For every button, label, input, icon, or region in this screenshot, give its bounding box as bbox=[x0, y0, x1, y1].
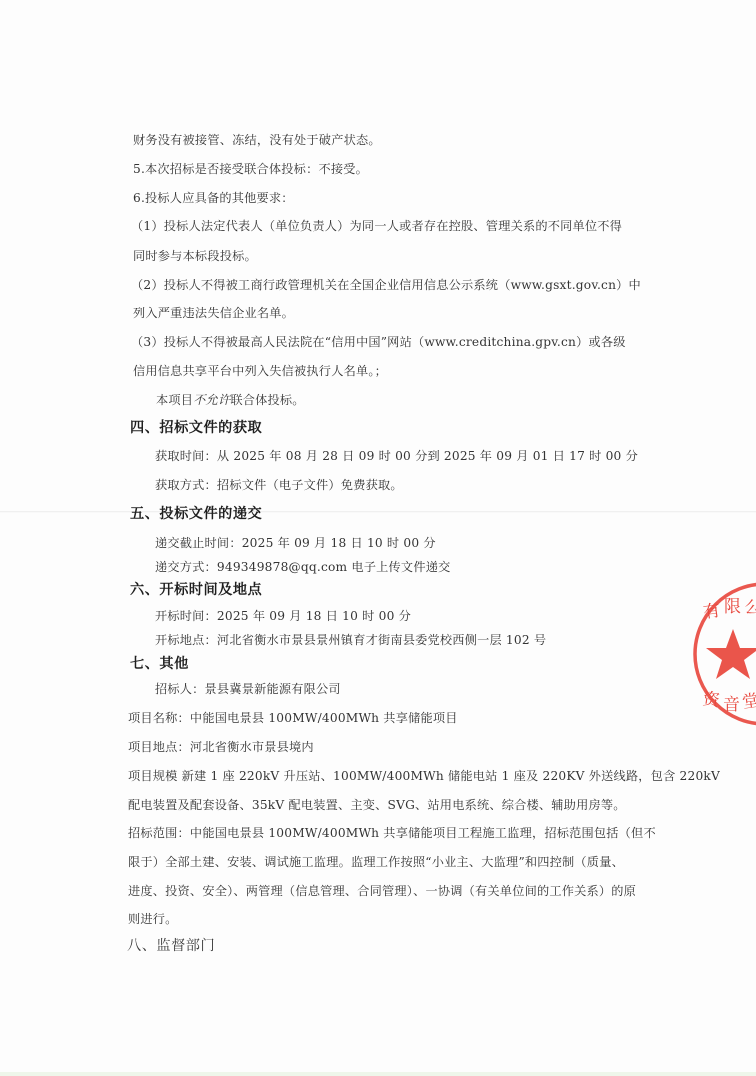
paragraph-line: 列入严重违法失信企业名单。 bbox=[133, 305, 294, 321]
opening-time: 开标时间：2025 年 09 月 18 日 10 时 00 分 bbox=[155, 608, 411, 624]
section-heading-6: 六、开标时间及地点 bbox=[130, 581, 262, 599]
svg-text:公: 公 bbox=[743, 597, 756, 619]
section-heading-4: 四、招标文件的获取 bbox=[130, 419, 262, 437]
svg-text:音: 音 bbox=[723, 695, 740, 715]
opening-place: 开标地点：河北省衡水市景县景州镇育才街南县委党校西侧一层 102 号 bbox=[155, 632, 546, 648]
section-heading-7: 七、其他 bbox=[130, 655, 189, 673]
section-heading-8: 八、监督部门 bbox=[127, 937, 215, 955]
tender-scope-line: 限于）全部土建、安装、调试施工监理。监理工作按照“小业主、大监理”和四控制（质量… bbox=[128, 854, 624, 870]
section-heading-5: 五、投标文件的递交 bbox=[130, 505, 262, 523]
document-page: 财务没有被接管、冻结，没有处于破产状态。 5.本次招标是否接受联合体投标：不接受… bbox=[0, 0, 756, 1076]
joint-bid-suffix: 联合体投标。 bbox=[230, 393, 304, 407]
project-location: 项目地点：河北省衡水市景县境内 bbox=[128, 739, 314, 755]
paragraph-line: 财务没有被接管、冻结，没有处于破产状态。 bbox=[133, 132, 381, 148]
acquire-time: 获取时间：从 2025 年 08 月 28 日 09 时 00 分到 2025 … bbox=[155, 448, 638, 464]
tender-scope-line: 招标范围：中能国电景县 100MW/400MWh 共享储能项目工程施工监理，招标… bbox=[128, 825, 656, 841]
joint-bid-note: 本项目不允许联合体投标。 bbox=[156, 392, 305, 408]
acquire-method: 获取方式：招标文件（电子文件）免费获取。 bbox=[155, 477, 403, 493]
submission-deadline: 递交截止时间：2025 年 09 月 18 日 10 时 00 分 bbox=[155, 535, 436, 551]
paragraph-line: 信用信息共享平台中列入失信被执行人名单。； bbox=[133, 363, 387, 379]
paragraph-line: 6.投标人应具备的其他要求： bbox=[133, 190, 294, 206]
paragraph-line: 5.本次招标是否接受联合体投标：不接受。 bbox=[133, 161, 368, 177]
joint-bid-prefix: 本项目 bbox=[156, 393, 193, 407]
project-name: 项目名称：中能国电景县 100MW/400MWh 共享储能项目 bbox=[128, 710, 458, 726]
svg-text:堂: 堂 bbox=[741, 691, 756, 713]
paragraph-line: （3）投标人不得被最高人民法院在“信用中国”网站（www.creditchina… bbox=[131, 334, 626, 350]
submission-method: 递交方式：949349878@qq.com 电子上传文件递交 bbox=[155, 559, 450, 575]
joint-bid-emphasis: 不允许 bbox=[193, 393, 230, 407]
tenderer: 招标人：景县冀景新能源有限公司 bbox=[155, 681, 341, 697]
seal-icon: 有 限 公 资 音 堂 bbox=[690, 570, 756, 740]
project-scale-line: 项目规模 新建 1 座 220kV 升压站、100MW/400MWh 储能电站 … bbox=[128, 768, 720, 784]
tender-scope-line: 进度、投资、安全）、两管理（信息管理、合同管理）、一协调（有关单位间的工作关系）… bbox=[128, 883, 636, 899]
svg-text:有: 有 bbox=[702, 601, 722, 623]
paragraph-line: （1）投标人法定代表人（单位负责人）为同一人或者存在控股、管理关系的不同单位不得 bbox=[131, 218, 622, 234]
tender-scope-line: 则进行。 bbox=[128, 911, 178, 927]
paragraph-line: 同时参与本标段投标。 bbox=[133, 248, 257, 264]
page-bottom-edge bbox=[0, 1072, 756, 1076]
scan-artifact-line bbox=[0, 511, 756, 513]
paragraph-line: （2）投标人不得被工商行政管理机关在全国企业信用信息公示系统（www.gsxt.… bbox=[131, 277, 641, 293]
svg-text:限: 限 bbox=[724, 597, 741, 617]
project-scale-line: 配电装置及配套设备、35kV 配电装置、主变、SVG、站用电系统、综合楼、辅助用… bbox=[128, 797, 626, 813]
company-seal-stamp: 有 限 公 资 音 堂 bbox=[690, 570, 756, 740]
